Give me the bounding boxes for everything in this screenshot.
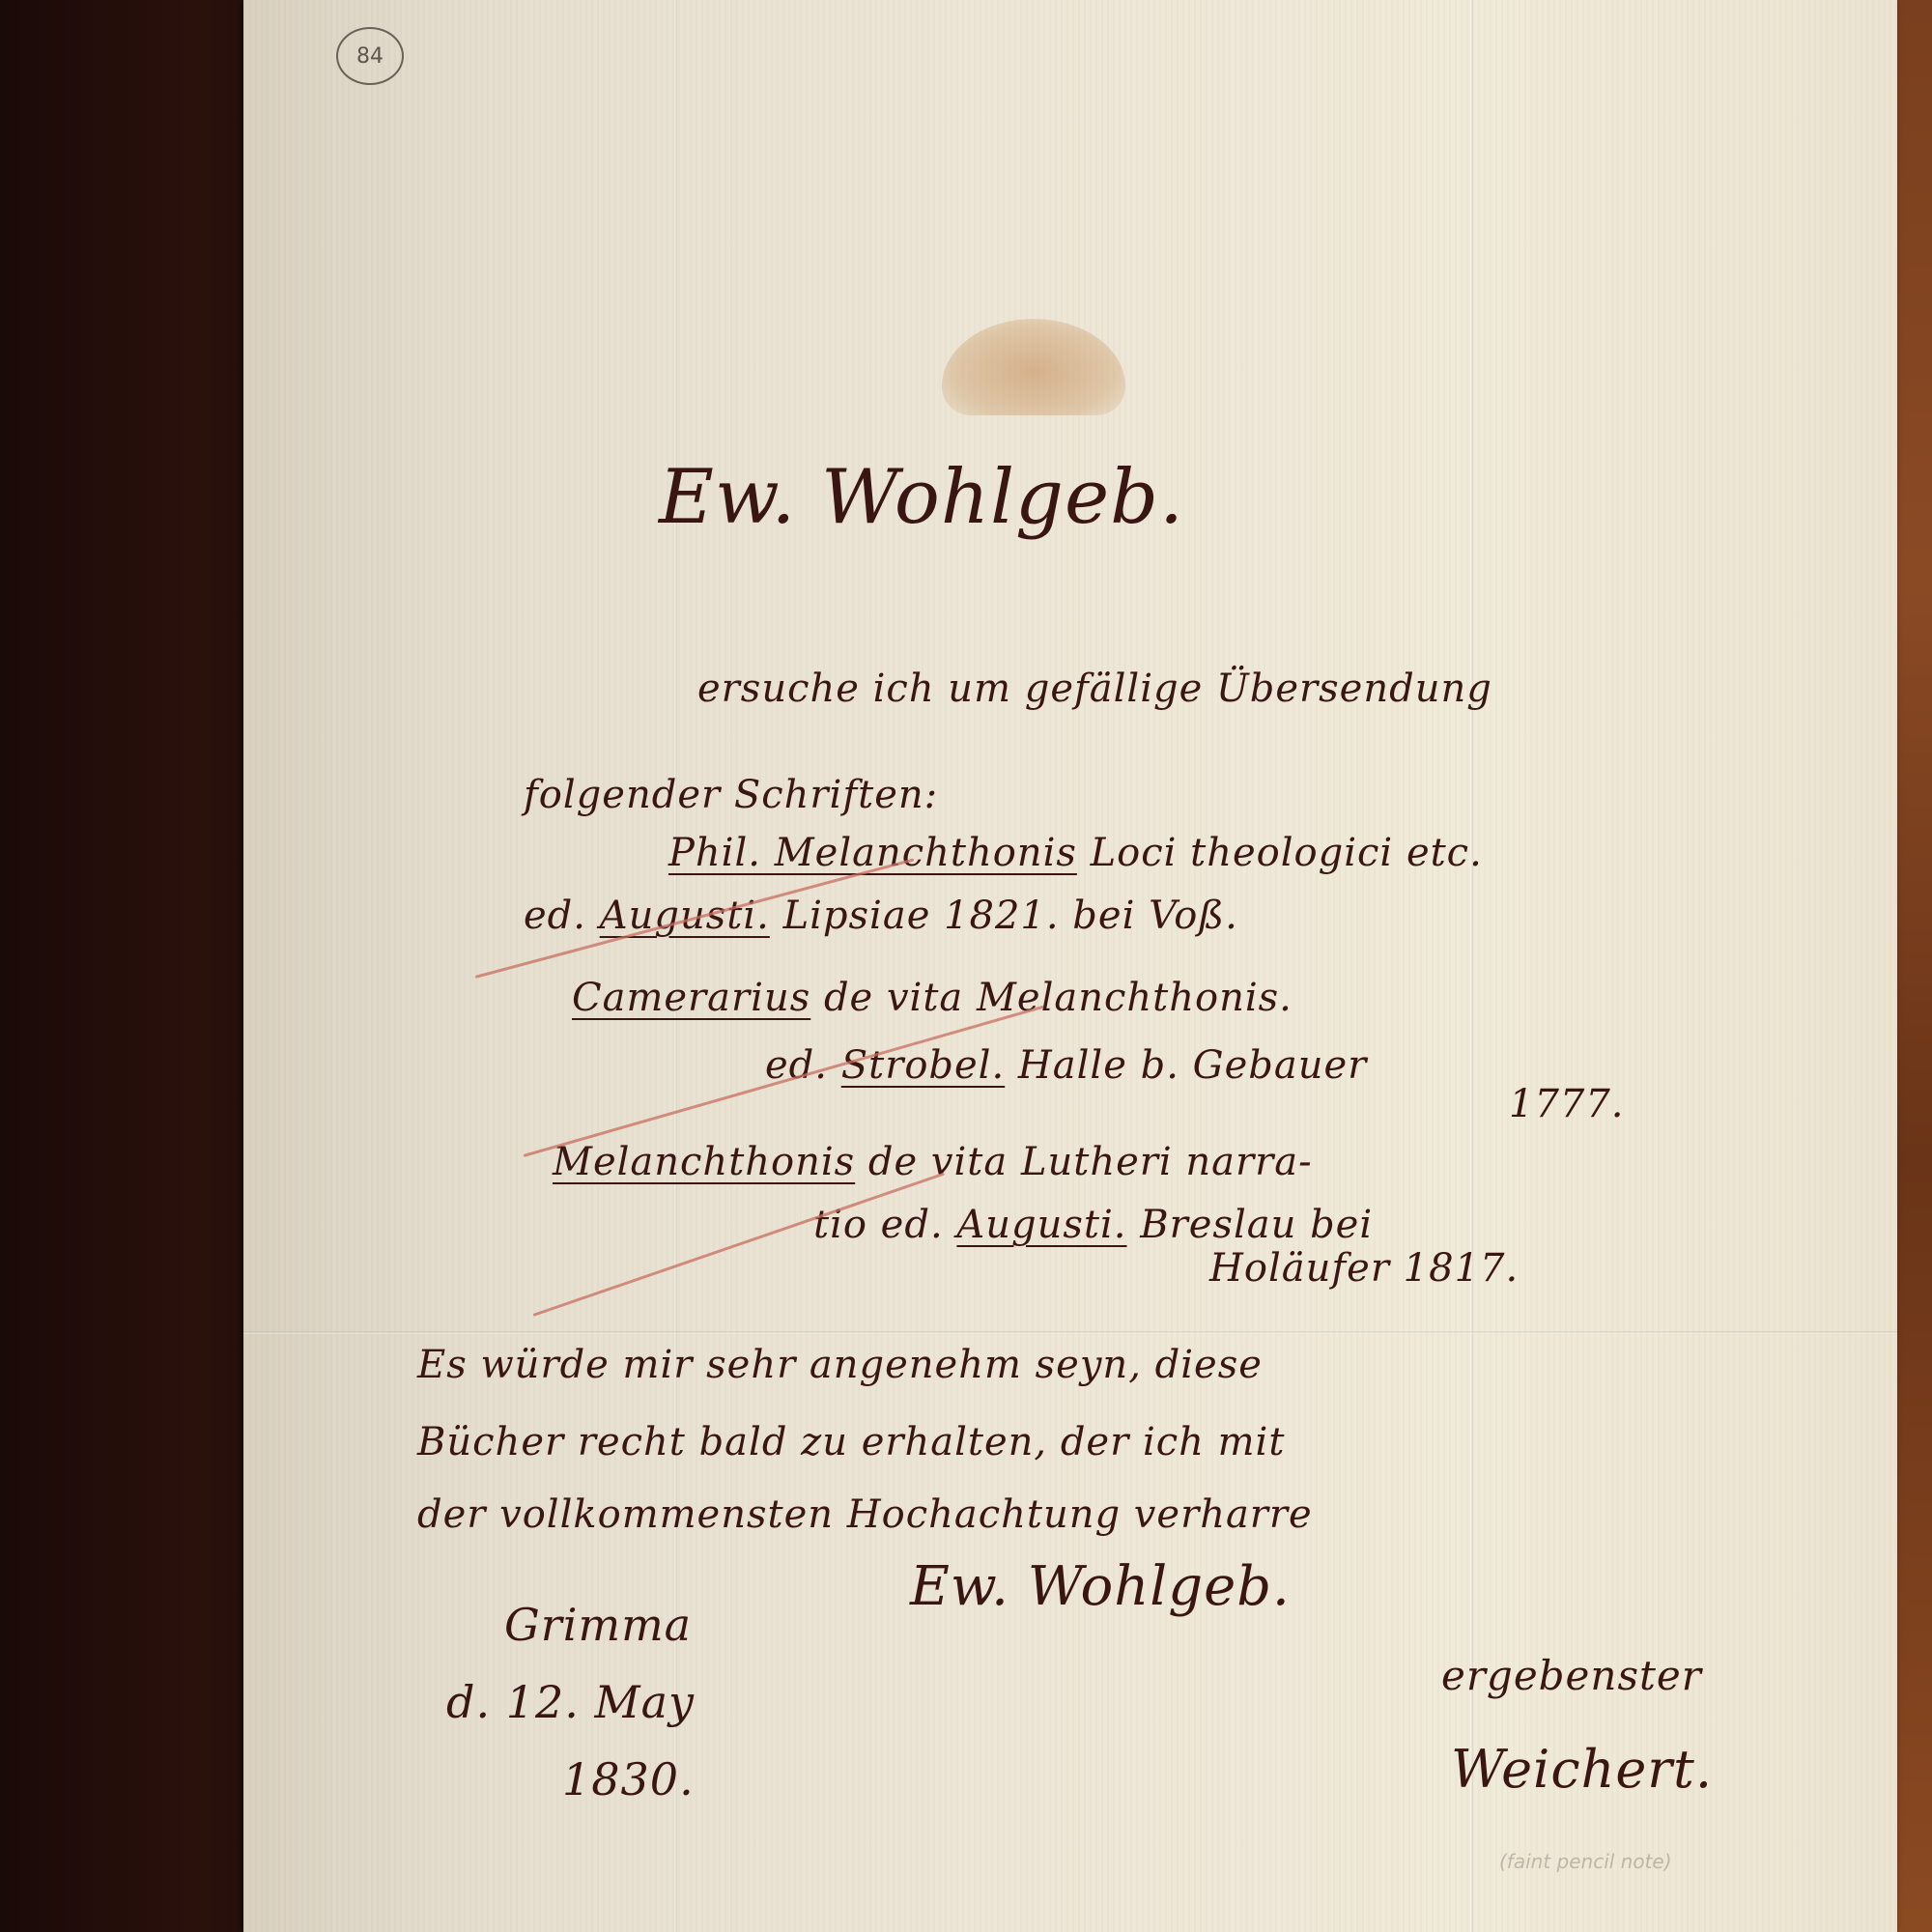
book-item-2-line-2: ed. Strobel. Halle b. Gebauer	[765, 1043, 1367, 1088]
signature: Weichert.	[1451, 1739, 1713, 1800]
place: Grimma	[504, 1599, 692, 1651]
book-item-1-line-1: Phil. Melanchthonis Loci theologici etc.	[668, 831, 1483, 875]
closing-line-3: der vollkommensten Hochachtung verharre	[417, 1492, 1313, 1537]
closing-line-2: Bücher recht bald zu erhalten, der ich m…	[417, 1420, 1285, 1464]
book-item-1-line-2: ed. Augusti. Lipsiae 1821. bei Voß.	[524, 894, 1238, 938]
book-2-editor-prefix: ed.	[765, 1043, 828, 1088]
book-1-editor: Augusti.	[600, 894, 770, 938]
book-1-imprint: Lipsiae 1821. bei Voß.	[783, 894, 1238, 938]
book-2-imprint: Halle b. Gebauer	[1018, 1043, 1367, 1088]
book-2-editor: Strobel.	[841, 1043, 1005, 1088]
book-2-title: de vita Melanchthonis.	[824, 976, 1293, 1020]
date-line: d. 12. May	[446, 1676, 695, 1728]
fold-line-horizontal	[243, 1331, 1897, 1334]
year: 1830.	[562, 1753, 695, 1805]
wooden-desk-right	[1897, 0, 1932, 1932]
letter-paper: 84 Ew. Wohlgeb. ersuche ich um gefällige…	[243, 0, 1897, 1932]
intro-line-1: ersuche ich um gefällige Übersendung	[697, 667, 1492, 711]
faint-pencil-note: (faint pencil note)	[1499, 1850, 1672, 1873]
closing-line-1: Es würde mir sehr angenehm seyn, diese	[417, 1343, 1263, 1387]
intro-line-2: folgender Schriften:	[524, 773, 938, 817]
archive-number: 84	[356, 44, 384, 69]
book-2-author: Camerarius	[572, 976, 810, 1020]
sealing-wax-stain	[942, 319, 1125, 415]
closing-salutation: Ew. Wohlgeb.	[910, 1555, 1291, 1618]
book-item-2-line-1: Camerarius de vita Melanchthonis.	[572, 976, 1293, 1020]
book-1-editor-prefix: ed.	[524, 894, 586, 938]
fold-line-vertical	[1470, 0, 1473, 1932]
book-3-editor: Augusti.	[956, 1203, 1126, 1247]
book-item-3-line-2: tio ed. Augusti. Breslau bei	[813, 1203, 1373, 1247]
archive-number-circle: 84	[336, 27, 404, 85]
book-3-imprint: Breslau bei	[1140, 1203, 1373, 1247]
book-1-title: Loci theologici etc.	[1091, 831, 1483, 875]
book-3-author: Melanchthonis	[553, 1140, 855, 1184]
valediction: ergebenster	[1441, 1652, 1702, 1699]
book-item-3-publisher-year: Holäufer 1817.	[1209, 1246, 1519, 1291]
book-item-2-year: 1777.	[1509, 1082, 1625, 1126]
salutation: Ew. Wohlgeb.	[659, 454, 1184, 541]
book-3-editor-prefix: ed.	[881, 1203, 944, 1247]
